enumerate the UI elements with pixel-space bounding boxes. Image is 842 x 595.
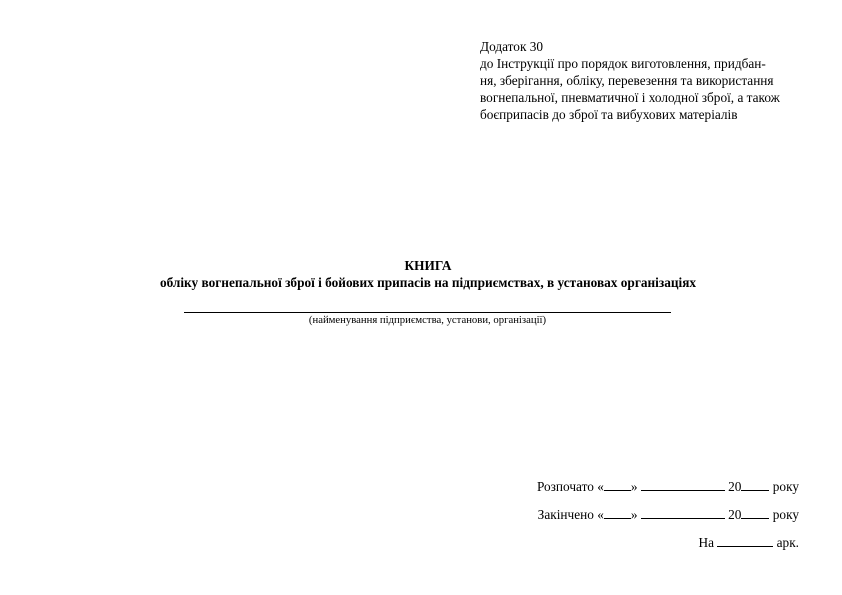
book-dates-block: Розпочато «» 20 року Закінчено «» 20 рок… xyxy=(537,478,799,562)
close-quote: » xyxy=(631,507,638,522)
document-title-block: КНИГА обліку вогнепальної зброї і бойови… xyxy=(0,257,842,291)
finished-century: 20 xyxy=(728,507,741,522)
sheets-suffix: арк. xyxy=(777,535,799,550)
close-quote: » xyxy=(631,479,638,494)
document-title: КНИГА xyxy=(0,257,842,274)
started-month-field[interactable] xyxy=(641,478,725,491)
appendix-reference-line: вогнепальної, пневматичної і холодної зб… xyxy=(480,89,810,106)
appendix-header: Додаток 30 до Інструкції про порядок виг… xyxy=(480,38,810,123)
open-quote: « xyxy=(597,507,604,522)
appendix-reference-line: до Інструкції про порядок виготовлення, … xyxy=(480,55,810,72)
document-subtitle: обліку вогнепальної зброї і бойових прип… xyxy=(0,274,842,291)
finished-label: Закінчено xyxy=(538,507,594,522)
open-quote: « xyxy=(597,479,604,494)
sheets-count-field[interactable] xyxy=(717,534,773,547)
started-label: Розпочато xyxy=(537,479,594,494)
finished-day-field[interactable] xyxy=(604,506,631,519)
finished-year-suffix: року xyxy=(773,507,799,522)
appendix-number: Додаток 30 xyxy=(480,38,810,55)
started-day-field[interactable] xyxy=(604,478,631,491)
finished-month-field[interactable] xyxy=(641,506,725,519)
finished-year-field[interactable] xyxy=(741,506,769,519)
started-date-row: Розпочато «» 20 року xyxy=(537,478,799,495)
started-year-suffix: року xyxy=(773,479,799,494)
appendix-reference-line: боєприпасів до зброї та вибухових матері… xyxy=(480,106,810,123)
appendix-reference-line: ня, зберігання, обліку, перевезення та в… xyxy=(480,72,810,89)
started-year-field[interactable] xyxy=(741,478,769,491)
sheets-count-row: На арк. xyxy=(537,534,799,551)
organization-name-caption: (найменування підприємства, установи, ор… xyxy=(184,313,671,327)
started-century: 20 xyxy=(728,479,741,494)
sheets-prefix: На xyxy=(698,535,714,550)
finished-date-row: Закінчено «» 20 року xyxy=(537,506,799,523)
